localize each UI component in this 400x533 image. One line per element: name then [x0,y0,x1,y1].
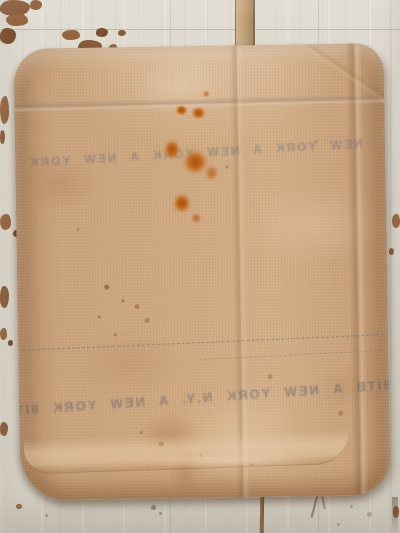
rust-stain [190,106,206,120]
peeling-paint-chip [6,14,28,26]
photo-antique-cloth-sack: NEW YORK A NEW YORK A NEW YORK 8ITB A NE… [0,0,400,533]
small-dirt-specks [13,49,16,52]
rust-stain [202,90,210,98]
rust-stain [163,138,181,160]
board-seam-vertical [390,0,391,533]
rust-stain [203,164,219,182]
peeling-paint-chip [0,328,7,340]
rust-stain [172,192,192,214]
rust-stain [174,104,188,116]
peeling-paint-chip [0,96,9,124]
peeling-paint-chip [62,30,80,40]
peeling-paint-chip [392,214,400,228]
cloth-sack: NEW YORK A NEW YORK A NEW YORK 8ITB A NE… [13,43,390,501]
rust-stain [190,212,202,224]
peeling-paint-chip [0,214,11,230]
peeling-paint-chip [16,504,22,509]
